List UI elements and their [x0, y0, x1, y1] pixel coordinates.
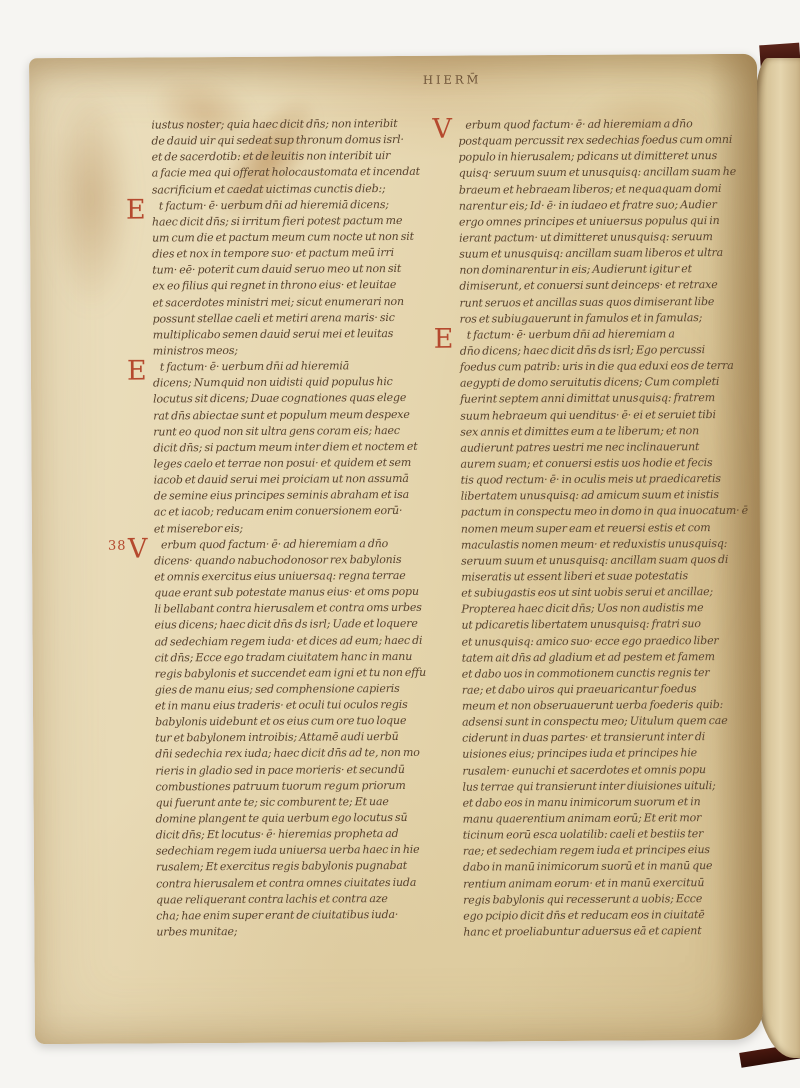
text-line: quae reliquerant contra lachis et contra…	[156, 890, 448, 908]
column-left: iustus noster; quia haec dicit dn̄s; non…	[151, 116, 448, 941]
text-line: rae; et dabo uiros qui praeuaricantur fo…	[462, 681, 754, 699]
text-line: Verbum quod factum· ē· ad hieremiam a dn…	[458, 116, 750, 134]
text-line: eius dicens; haec dicit dn̄s ds isrl; Ua…	[154, 616, 446, 634]
text-line: cit dn̄s; Ecce ego tradam ciuitatem hanc…	[155, 648, 447, 666]
text-line: dimiserunt, et conuersi sunt deinceps· e…	[459, 277, 751, 295]
text-line: et omnis exercitus eius uniuersaq: regna…	[154, 568, 446, 586]
text-line: rae; et sedechiam regem iuda et principe…	[463, 842, 755, 860]
text-line: locutus sit dicens; Duae cognationes qua…	[153, 390, 445, 408]
text-line: tatem ait dn̄s ad gladium et ad pestem e…	[462, 648, 754, 666]
text-line: rusalem· eunuchi et sacerdotes et omnis …	[462, 761, 754, 779]
text-line: nomen meum super eam et reuersi estis et…	[461, 519, 753, 537]
text-line: Et factum· ē· uerbum dn̄i ad hieremiā	[153, 358, 445, 376]
text-line: et miserebor eis;	[154, 519, 446, 537]
text-line: meum et non obseruauerunt uerba foederis…	[462, 697, 754, 715]
text-line: rieris in gladio sed in pace morieris· e…	[155, 761, 447, 779]
text-line: ciderunt in duas partes· et transierunt …	[462, 729, 754, 747]
text-line: sedechiam regem iuda uniuersa uerba haec…	[156, 842, 448, 860]
text-line: qui fuerunt ante te; sic comburent te; E…	[156, 794, 448, 812]
text-line: et unusquisq: amico suo· ecce ego praedi…	[462, 632, 754, 650]
text-line: possunt stellae caeli et metiri arena ma…	[153, 309, 445, 327]
running-title: HIERM̄	[387, 72, 517, 87]
text-line: foedus cum patrib: uris in die qua eduxi…	[460, 358, 752, 376]
text-line: dabo in manū inimicorum suorū et in manū…	[463, 858, 755, 876]
text-line: leges caelo et terrae non posui· et quid…	[153, 455, 445, 473]
text-line-content: t factum· ē· uerbum dn̄i ad hieremiā dic…	[159, 198, 389, 212]
text-line: lus terrae qui transierunt inter diuisio…	[462, 778, 754, 796]
text-line: et in manu eius traderis· et oculi tui o…	[155, 697, 447, 715]
manuscript-page: HIERM̄ iustus noster; quia haec dicit dn…	[29, 54, 763, 1044]
text-line: 38Verbum quod factum· ē· ad hieremiam a …	[154, 535, 446, 553]
text-line: sex annis et dimittes eum a te liberum; …	[460, 422, 752, 440]
text-line: quae erant sub potestate manus eius· et …	[154, 584, 446, 602]
rubric-initial: V	[128, 535, 148, 562]
text-line: quisq· seruum suum et unusquisq: ancilla…	[459, 164, 751, 182]
text-line: ac et iacob; reducam enim conuersionem e…	[154, 503, 446, 521]
text-line: uisiones eius; principes iuda et princip…	[462, 745, 754, 763]
text-line: dicit dn̄s; si pactum meum inter diem et…	[153, 439, 445, 457]
text-line: braeum et hebraeam liberos; et nequaquam…	[459, 180, 751, 198]
text-line: Et factum· ē· uerbum dn̄i ad hieremiam a	[460, 326, 752, 344]
text-line: domine plangent te quia uerbum ego locut…	[156, 810, 448, 828]
text-line: rat dn̄s abiectae sunt et populum meum d…	[153, 406, 445, 424]
text-line: tis quod rectum· ē· in oculis meis ut pr…	[461, 471, 753, 489]
text-line: et sacerdotes ministri mei; sicut enumer…	[152, 293, 444, 311]
text-line: seruum suum et unusquisq: ancillam suam …	[461, 552, 753, 570]
text-line: dn̄i sedechia rex iuda; haec dicit dn̄s …	[155, 745, 447, 763]
text-line: ros et subiugauerunt in famulos et in fa…	[460, 310, 752, 328]
rubric-initial: V	[432, 116, 452, 143]
text-line: runt eo quod non sit ultra gens coram ei…	[153, 422, 445, 440]
text-line: rusalem; Et exercitus regis babylonis pu…	[156, 858, 448, 876]
text-line: haec dicit dn̄s; si irritum fieri potest…	[152, 213, 444, 231]
text-line: li bellabant contra hierusalem et contra…	[154, 600, 446, 618]
text-line: non dominarentur in eis; Audierunt igitu…	[459, 261, 751, 279]
text-line: dies et nox in tempore suo· et pactum me…	[152, 245, 444, 263]
text-line: suum et unusquisq: ancillam suam liberos…	[459, 245, 751, 263]
text-line: urbes munitae;	[156, 923, 448, 941]
text-line: sacrificium et caedat uictimas cunctis d…	[152, 180, 444, 198]
text-line: um cum die et pactum meum cum nocte ut n…	[152, 229, 444, 247]
text-line: de dauid uir qui sedeat sup thronum domu…	[151, 132, 443, 150]
text-line: regis babylonis qui recesserunt a uobis;…	[463, 891, 755, 909]
text-line-content: erbum quod factum· ē· ad hieremiam a dn̄…	[161, 537, 388, 551]
text-line: fuerint septem anni dimittat unusquisq: …	[460, 390, 752, 408]
text-line: tur et babylonem introibis; Attamē audi …	[155, 729, 447, 747]
text-line: dicens; Numquid non uidisti quid populus…	[153, 374, 445, 392]
text-line: iacob et dauid serui mei proiciam ut non…	[154, 471, 446, 489]
rubric-initial: E	[434, 325, 454, 352]
text-line: libertatem unusquisq: ad amicum suum et …	[461, 487, 753, 505]
text-line: adsensi sunt in conspectu meo; Uitulum q…	[462, 713, 754, 731]
text-line: et de sacerdotib: et de leuitis non inte…	[152, 148, 444, 166]
text-line: miseratis ut essent liberi et suae potes…	[461, 568, 753, 586]
text-line-content: t factum· ē· uerbum dn̄i ad hieremiam a	[467, 327, 675, 341]
column-right: Verbum quod factum· ē· ad hieremiam a dn…	[458, 116, 755, 941]
text-line: dicit dn̄s; Et locutus· ē· hieremias pro…	[156, 826, 448, 844]
text-line: cha; hae enim super erant de ciuitatibus…	[156, 907, 448, 925]
text-line: dn̄o dicens; haec dicit dn̄s ds isrl; Eg…	[460, 342, 752, 360]
text-line: ticinum eorū esca uolatilib: caeli et be…	[463, 826, 755, 844]
text-line: et dabo uos in commotionem cunctis regni…	[462, 665, 754, 683]
text-line: suum hebraeum qui uenditus· ē· ei et ser…	[460, 406, 752, 424]
text-line: rentium animam eorum· et in manū exercit…	[463, 874, 755, 892]
text-line: audierunt patres uestri me nec inclinaue…	[460, 439, 752, 457]
text-line: ut pdicaretis libertatem unusquisq: frat…	[461, 616, 753, 634]
text-line: de semine eius principes seminis abraham…	[154, 487, 446, 505]
text-line: regis babylonis et succendet eam igni et…	[155, 664, 447, 682]
text-line: ex eo filius qui regnet in throno eius· …	[152, 277, 444, 295]
text-line: et dabo eos in manu inimicorum suorum et…	[463, 794, 755, 812]
text-line: dicens· quando nabuchodonosor rex babylo…	[154, 551, 446, 569]
text-line: ad sedechiam regem iuda· et dices ad eum…	[155, 632, 447, 650]
text-line: Propterea haec dicit dn̄s; Uos non audis…	[461, 600, 753, 618]
rubric-initial: E	[126, 196, 146, 223]
text-line: a facie mea qui offerat holocaustomata e…	[152, 164, 444, 182]
manuscript-photo: HIERM̄ iustus noster; quia haec dicit dn…	[0, 0, 800, 1088]
text-line: populo in hierusalem; pdicans ut dimitte…	[459, 148, 751, 166]
text-line: gies de manu eius; sed comphensione capi…	[155, 681, 447, 699]
parchment-stain	[47, 84, 134, 315]
text-line-content: t factum· ē· uerbum dn̄i ad hieremiā	[160, 359, 349, 373]
text-line-content: erbum quod factum· ē· ad hieremiam a dn̄…	[465, 117, 692, 131]
chapter-number: 38	[108, 538, 127, 554]
text-line: aurem suam; et conuersi estis uos hodie …	[460, 455, 752, 473]
text-line: tum· eē· poterit cum dauid seruo meo ut …	[152, 261, 444, 279]
text-line: iustus noster; quia haec dicit dn̄s; non…	[151, 116, 443, 134]
text-line: babylonis uidebunt et os eius cum ore tu…	[155, 713, 447, 731]
text-line: maculastis nomen meum· et reduxistis unu…	[461, 535, 753, 553]
text-line: manu quaerentium animam eorū; Et erit mo…	[463, 810, 755, 828]
text-line: hanc et proeliabuntur aduersus eā et cap…	[463, 923, 755, 941]
text-line: runt seruos et ancillas suas quos dimise…	[459, 293, 751, 311]
text-line: ego pcipio dicit dn̄s et reducam eos in …	[463, 907, 755, 925]
text-line: ergo omnes principes et uniuersus populu…	[459, 213, 751, 231]
text-line: ministros meos;	[153, 342, 445, 360]
text-line: Et factum· ē· uerbum dn̄i ad hieremiā di…	[152, 196, 444, 214]
text-line: pactum in conspectu meo in domo in qua i…	[461, 503, 753, 521]
text-line: narentur eis; Id· ē· in iudaeo et fratre…	[459, 197, 751, 215]
text-line: multiplicabo semen dauid serui mei et le…	[153, 326, 445, 344]
text-line: contra hierusalem et contra omnes ciuita…	[156, 874, 448, 892]
text-line: postquam percussit rex sedechias foedus …	[458, 132, 750, 150]
rubric-initial: E	[127, 358, 147, 385]
text-line: aegypti de domo seruitutis dicens; Cum c…	[460, 374, 752, 392]
text-line: combustiones patruum tuorum regum prioru…	[155, 777, 447, 795]
text-line: ierant pactum· ut dimitteret unusquisq: …	[459, 229, 751, 247]
text-line: et subiugastis eos ut sint uobis serui e…	[461, 584, 753, 602]
